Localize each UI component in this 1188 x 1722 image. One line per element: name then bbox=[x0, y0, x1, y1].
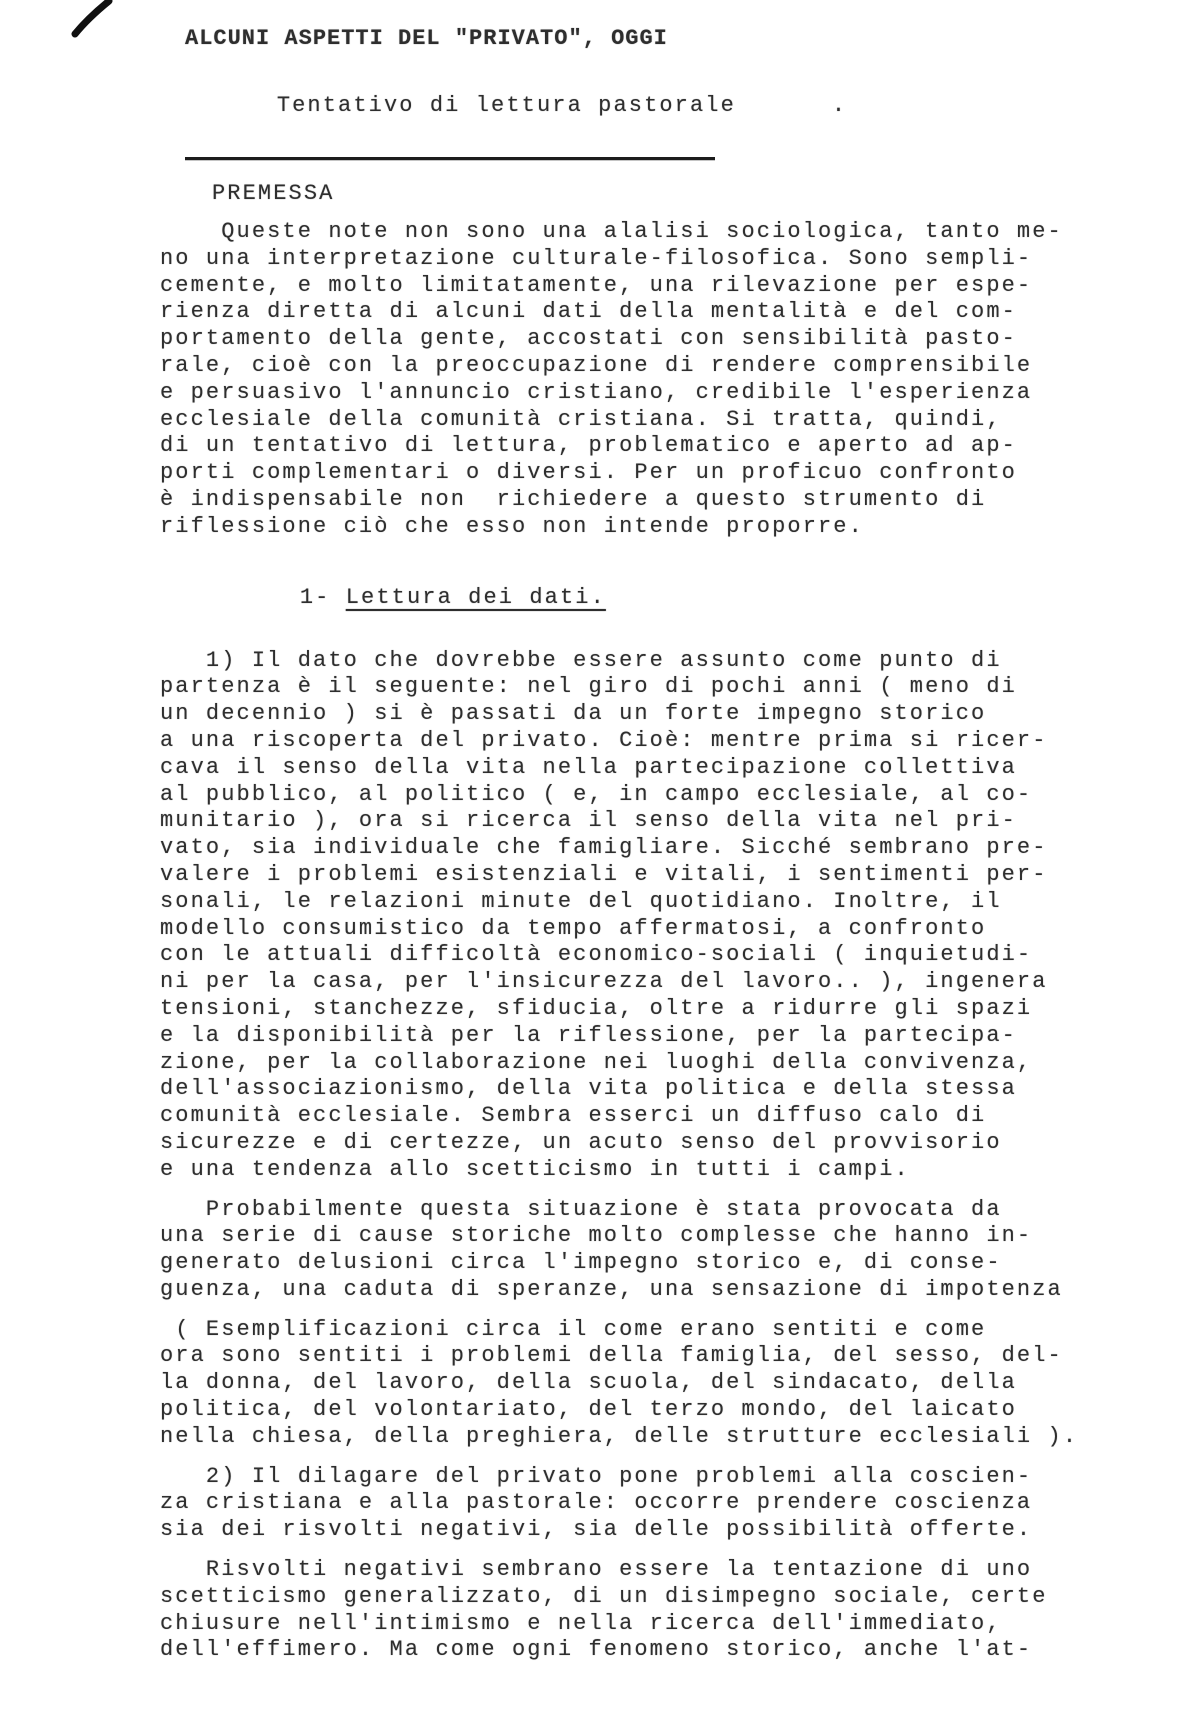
paragraph-esemplificazioni: ( Esemplificazioni circa il come erano s… bbox=[160, 1317, 1080, 1451]
text-line: la donna, del lavoro, della scuola, del … bbox=[160, 1370, 1080, 1397]
section-1-heading: 1- Lettura dei dati. bbox=[208, 560, 1080, 635]
text-line: sicurezze e di certezze, un acuto senso … bbox=[160, 1130, 1080, 1157]
text-line: comunità ecclesiale. Sembra esserci un d… bbox=[160, 1103, 1080, 1130]
text-line: zione, per la collaborazione nei luoghi … bbox=[160, 1050, 1080, 1077]
text-line: Probabilmente questa situazione è stata … bbox=[160, 1197, 1080, 1224]
text-line: sia dei risvolti negativi, sia delle pos… bbox=[160, 1517, 1080, 1544]
text-line: guenza, una caduta di speranze, una sens… bbox=[160, 1277, 1080, 1304]
premessa-heading: PREMESSA bbox=[212, 181, 1080, 206]
text-line: rale, cioè con la preoccupazione di rend… bbox=[160, 353, 1080, 380]
text-line: nella chiesa, della preghiera, delle str… bbox=[160, 1424, 1080, 1451]
paragraph-probabilmente: Probabilmente questa situazione è stata … bbox=[160, 1197, 1080, 1304]
text-line: politica, del volontariato, del terzo mo… bbox=[160, 1397, 1080, 1424]
text-line: partenza è il seguente: nel giro di poch… bbox=[160, 674, 1080, 701]
paragraph-premessa: Queste note non sono una alalisi sociolo… bbox=[160, 219, 1080, 541]
stray-period-mark: . bbox=[832, 93, 847, 118]
text-line: con le attuali difficoltà economico-soci… bbox=[160, 942, 1080, 969]
text-line: modello consumistico da tempo affermatos… bbox=[160, 916, 1080, 943]
title-underline-rule bbox=[185, 157, 715, 160]
text-line: portamento della gente, accostati con se… bbox=[160, 326, 1080, 353]
text-line: cava il senso della vita nella partecipa… bbox=[160, 755, 1080, 782]
text-line: vato, sia individuale che famigliare. Si… bbox=[160, 835, 1080, 862]
text-line: è indispensabile non richiedere a questo… bbox=[160, 487, 1080, 514]
scanned-document-page: ALCUNI ASPETTI DEL "PRIVATO", OGGI Tenta… bbox=[0, 0, 1188, 1722]
text-line: tensioni, stanchezze, sfiducia, oltre a … bbox=[160, 996, 1080, 1023]
text-line: chiusure nell'intimismo e nella ricerca … bbox=[160, 1611, 1080, 1638]
section-1-title: Lettura dei dati. bbox=[346, 585, 606, 610]
text-line: una serie di cause storiche molto comple… bbox=[160, 1223, 1080, 1250]
text-line: 1) Il dato che dovrebbe essere assunto c… bbox=[160, 648, 1080, 675]
text-line: rienza diretta di alcuni dati della ment… bbox=[160, 299, 1080, 326]
text-line: cemente, e molto limitatamente, una rile… bbox=[160, 273, 1080, 300]
document-body: ALCUNI ASPETTI DEL "PRIVATO", OGGI Tenta… bbox=[160, 26, 1080, 1664]
paragraph-point-1: 1) Il dato che dovrebbe essere assunto c… bbox=[160, 648, 1080, 1184]
text-line: e la disponibilità per la riflessione, p… bbox=[160, 1023, 1080, 1050]
text-line: valere i problemi esistenziali e vitali,… bbox=[160, 862, 1080, 889]
document-subtitle-line: Tentativo di lettura pastorale. bbox=[185, 68, 1080, 143]
text-line: scetticismo generalizzato, di un disimpe… bbox=[160, 1584, 1080, 1611]
text-line: sonali, le relazioni minute del quotidia… bbox=[160, 889, 1080, 916]
text-line: ni per la casa, per l'insicurezza del la… bbox=[160, 969, 1080, 996]
text-line: za cristiana e alla pastorale: occorre p… bbox=[160, 1490, 1080, 1517]
text-line: 2) Il dilagare del privato pone problemi… bbox=[160, 1464, 1080, 1491]
text-line: riflessione ciò che esso non intende pro… bbox=[160, 514, 1080, 541]
text-line: dell'effimero. Ma come ogni fenomeno sto… bbox=[160, 1637, 1080, 1664]
text-line: munitario ), ora si ricerca il senso del… bbox=[160, 808, 1080, 835]
text-line: ( Esemplificazioni circa il come erano s… bbox=[160, 1317, 1080, 1344]
paragraph-point-2: 2) Il dilagare del privato pone problemi… bbox=[160, 1464, 1080, 1544]
text-line: ora sono sentiti i problemi della famigl… bbox=[160, 1343, 1080, 1370]
text-line: Risvolti negativi sembrano essere la ten… bbox=[160, 1557, 1080, 1584]
document-title: ALCUNI ASPETTI DEL "PRIVATO", OGGI bbox=[185, 26, 1080, 51]
text-line: a una riscoperta del privato. Cioè: ment… bbox=[160, 728, 1080, 755]
pen-stroke-mark bbox=[62, 0, 122, 40]
text-line: al pubblico, al politico ( e, in campo e… bbox=[160, 782, 1080, 809]
text-line: dell'associazionismo, della vita politic… bbox=[160, 1076, 1080, 1103]
text-line: no una interpretazione culturale-filosof… bbox=[160, 246, 1080, 273]
text-line: e una tendenza allo scetticismo in tutti… bbox=[160, 1157, 1080, 1184]
text-line: di un tentativo di lettura, problematico… bbox=[160, 433, 1080, 460]
text-line: e persuasivo l'annuncio cristiano, credi… bbox=[160, 380, 1080, 407]
text-line: porti complementari o diversi. Per un pr… bbox=[160, 460, 1080, 487]
text-line: ecclesiale della comunità cristiana. Si … bbox=[160, 407, 1080, 434]
section-1-number: 1- bbox=[300, 585, 346, 610]
text-line: generato delusioni circa l'impegno stori… bbox=[160, 1250, 1080, 1277]
text-line: Queste note non sono una alalisi sociolo… bbox=[160, 219, 1080, 246]
paragraph-risvolti: Risvolti negativi sembrano essere la ten… bbox=[160, 1557, 1080, 1664]
text-line: un decennio ) si è passati da un forte i… bbox=[160, 701, 1080, 728]
document-subtitle: Tentativo di lettura pastorale bbox=[277, 93, 736, 118]
